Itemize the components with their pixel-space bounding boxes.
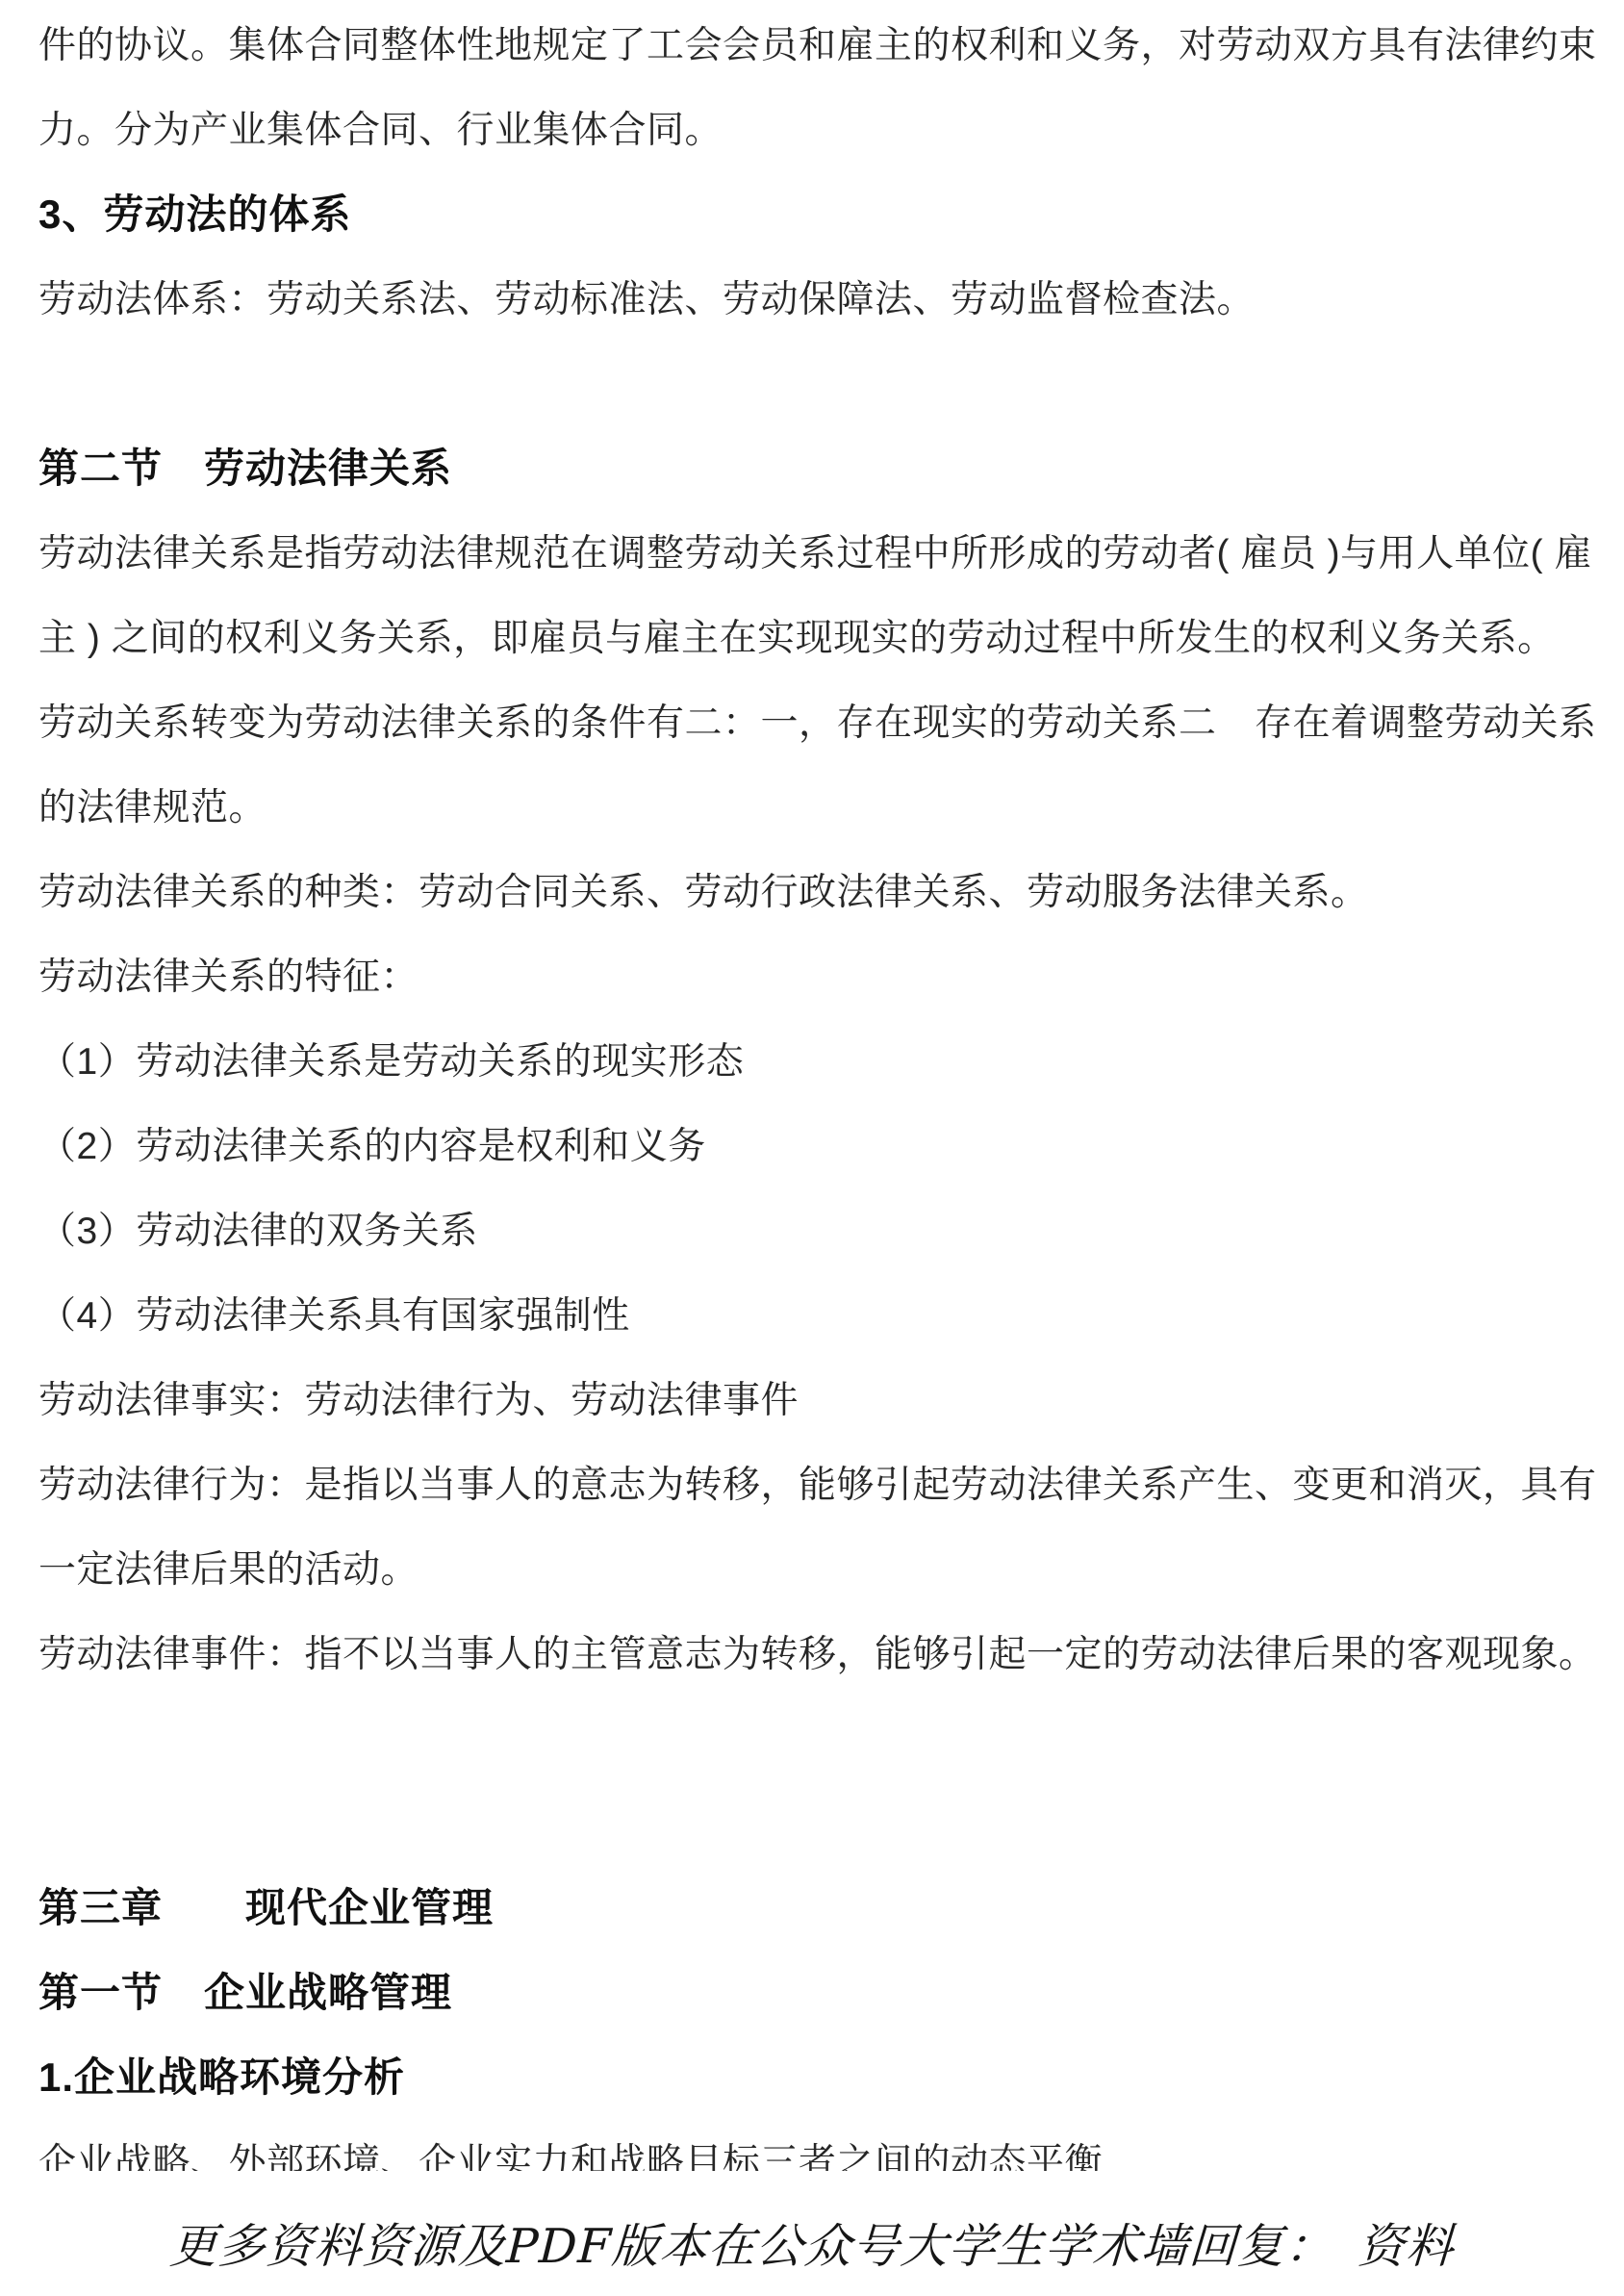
text-line: 主 ) 之间的权利义务关系，即雇员与雇主在实现现实的劳动过程中所发生的权利义务关… [38, 593, 1587, 677]
section-heading: 第一节 企业战略管理 [38, 1948, 1587, 2032]
list-item: （4）劳动法律关系具有国家强制性 [38, 1270, 1587, 1355]
section-heading: 第二节 劳动法律关系 [38, 423, 1587, 508]
text-line: 劳动关系转变为劳动法律关系的条件有二：一，存在现实的劳动关系二 存在着调整劳动关… [38, 677, 1587, 762]
list-item: （3）劳动法律的双务关系 [38, 1186, 1587, 1270]
text-line: 一定法律后果的活动。 [38, 1524, 1587, 1609]
chapter-heading: 第三章 现代企业管理 [38, 1863, 1587, 1948]
text-line: 劳动法体系：劳动关系法、劳动标准法、劳动保障法、劳动监督检查法。 [38, 254, 1587, 339]
document-body: 件的协议。集体合同整体性地规定了工会会员和雇主的权利和义务，对劳动双方具有法律约… [0, 0, 1624, 2171]
list-item: （1）劳动法律关系是劳动关系的现实形态 [38, 1016, 1587, 1101]
blank-line [38, 1778, 1587, 1863]
blank-line [38, 1694, 1587, 1778]
blank-line [38, 339, 1587, 423]
footer-promo-note: 更多资料资源及PDF版本在公众号大学生学术墙回复： 资料 [0, 2209, 1624, 2277]
text-line: 劳动法律行为：是指以当事人的意志为转移，能够引起劳动法律关系产生、变更和消灭，具… [38, 1440, 1587, 1524]
section-heading: 3、劳动法的体系 [38, 169, 1587, 254]
text-line-clipped: 企业战略、外部环境、企业实力和战略目标三者之间的动态平衡 [38, 2117, 1587, 2171]
list-item: （2）劳动法律关系的内容是权利和义务 [38, 1101, 1587, 1186]
text-line: 劳动法律关系的种类：劳动合同关系、劳动行政法律关系、劳动服务法律关系。 [38, 847, 1587, 931]
text-line: 力。分为产业集体合同、行业集体合同。 [38, 85, 1587, 169]
document-page: 件的协议。集体合同整体性地规定了工会会员和雇主的权利和义务，对劳动双方具有法律约… [0, 0, 1624, 2296]
text-line: 的法律规范。 [38, 762, 1587, 847]
text-line: 劳动法律关系是指劳动法律规范在调整劳动关系过程中所形成的劳动者( 雇员 )与用人… [38, 508, 1587, 593]
text-line: 劳动法律关系的特征： [38, 931, 1587, 1016]
text-line: 劳动法律事实：劳动法律行为、劳动法律事件 [38, 1355, 1587, 1440]
subsection-heading: 1.企业战略环境分析 [38, 2032, 1587, 2117]
text-line: 劳动法律事件：指不以当事人的主管意志为转移，能够引起一定的劳动法律后果的客观现象… [38, 1609, 1587, 1694]
text-line: 件的协议。集体合同整体性地规定了工会会员和雇主的权利和义务，对劳动双方具有法律约… [38, 0, 1587, 85]
